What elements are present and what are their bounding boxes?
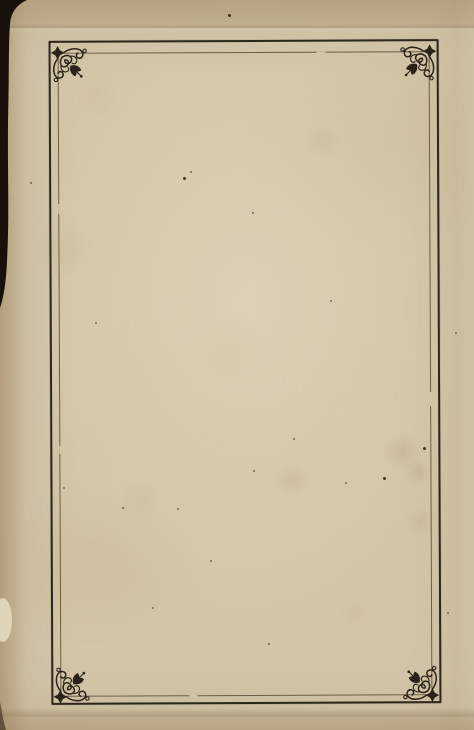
corner-flourish-icon (394, 657, 440, 703)
rule-break (59, 446, 62, 454)
rule-break (58, 204, 61, 214)
inner-rule-border (58, 51, 433, 697)
corner-flourish-icon (392, 43, 438, 89)
rule-break (317, 51, 326, 54)
border-frame (49, 39, 442, 705)
rule-break (189, 694, 197, 697)
corner-flourish-icon (50, 45, 96, 91)
rule-break (429, 392, 432, 406)
photo-of-antique-page (0, 0, 474, 730)
corner-flourish-icon (52, 659, 98, 705)
